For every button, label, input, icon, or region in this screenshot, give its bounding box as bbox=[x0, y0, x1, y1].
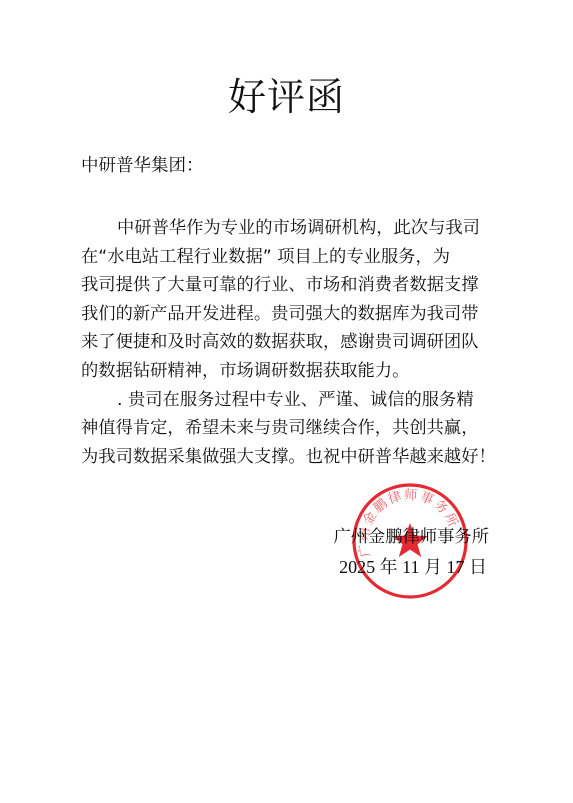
page-title: 好评函 bbox=[0, 72, 573, 122]
body-line: 来了便捷和及时高效的数据获取，感谢贵司调研团队 bbox=[81, 328, 511, 357]
company-seal-stamp-icon: 广州金鹏律师事务所 bbox=[350, 481, 470, 601]
body-line: 的数据钻研精神，市场调研数据获取能力。 bbox=[81, 357, 511, 386]
body-line: 为我司数据采集做强大支撑。也祝中研普华越来越好！ bbox=[81, 443, 511, 472]
body-line: . 贵司在服务过程中专业、严谨、诚信的服务精 bbox=[81, 386, 511, 415]
body-line: 我司提供了大量可靠的行业、市场和消费者数据支撑 bbox=[81, 271, 511, 300]
body-line: 神值得肯定，希望未来与贵司继续合作，共创共赢， bbox=[81, 414, 511, 443]
body-line: 我们的新产品开发进程。贵司强大的数据库为我司带 bbox=[81, 300, 511, 329]
body-line: 在“水电站工程行业数据” 项目上的专业服务，为 bbox=[81, 243, 511, 272]
letter-body: 中研普华作为专业的市场调研机构，此次与我司 在“水电站工程行业数据” 项目上的专… bbox=[81, 214, 511, 471]
salutation: 中研普华集团： bbox=[81, 153, 204, 179]
body-line: 中研普华作为专业的市场调研机构，此次与我司 bbox=[81, 214, 511, 243]
letter-page: 好评函 中研普华集团： 中研普华作为专业的市场调研机构，此次与我司 在“水电站工… bbox=[0, 0, 573, 803]
